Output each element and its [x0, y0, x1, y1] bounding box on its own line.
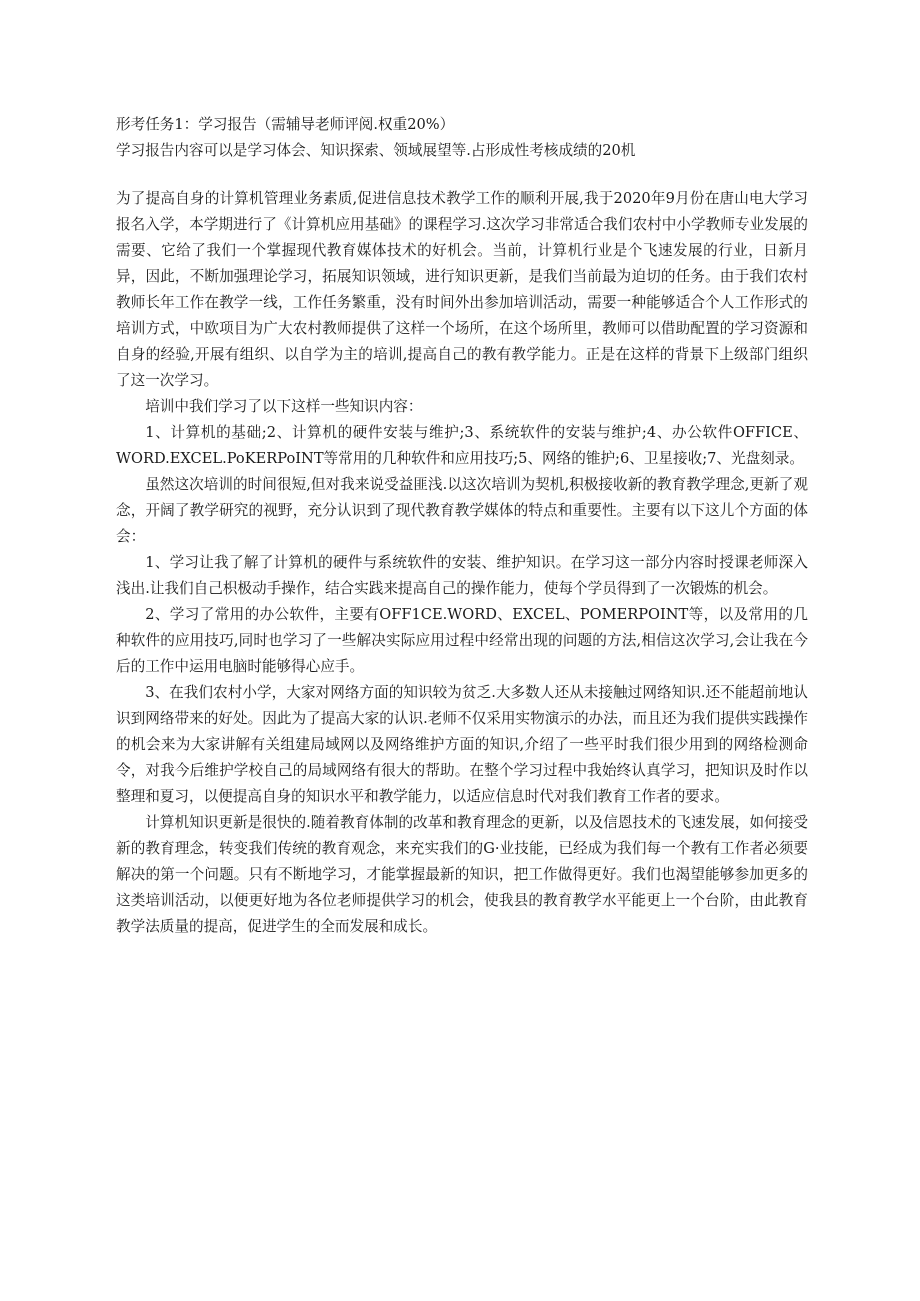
document-page: 形考任务1：学习报告（需辅导老师评阅.权重20%） 学习报告内容可以是学习体会、… — [116, 112, 808, 940]
paragraph-point-1: 1、学习让我了解了计算机的硬件与系统软件的安装、维护知识。在学习这一部分内容时授… — [116, 550, 808, 602]
task-title: 形考任务1：学习报告（需辅导老师评阅.权重20%） — [116, 112, 808, 138]
task-description: 学习报告内容可以是学习体会、知识探索、领域展望等.占形成性考核成绩的20机 — [116, 138, 808, 164]
paragraph-point-2: 2、学习了常用的办公软件，主要有OFF1CE.WORD、EXCEL、POMERP… — [116, 602, 808, 680]
paragraph-training-intro: 培训中我们学习了以下这样一些知识内容： — [116, 394, 808, 420]
paragraph-conclusion: 计算机知识更新是很快的.随着教育体制的改革和教育理念的更新，以及信恩技术的飞速发… — [116, 810, 808, 940]
paragraph-training-topics: 1、计算机的基础;2、计算机的硬件安装与维护;3、系统软件的安装与维护;4、办公… — [116, 420, 808, 472]
paragraph-point-3: 3、在我们农村小学，大家对网络方面的知识较为贫乏.大多数人还从未接触过网络知识.… — [116, 680, 808, 810]
blank-line — [116, 164, 808, 186]
paragraph-benefits: 虽然这次培训的时间很短,但对我来说受益匪浅.以这次培训为契机,积极接收新的教育教… — [116, 472, 808, 550]
paragraph-intro: 为了提高自身的计算机管理业务素质,促进信息技术教学工作的顺利开展,我于2020年… — [116, 186, 808, 394]
